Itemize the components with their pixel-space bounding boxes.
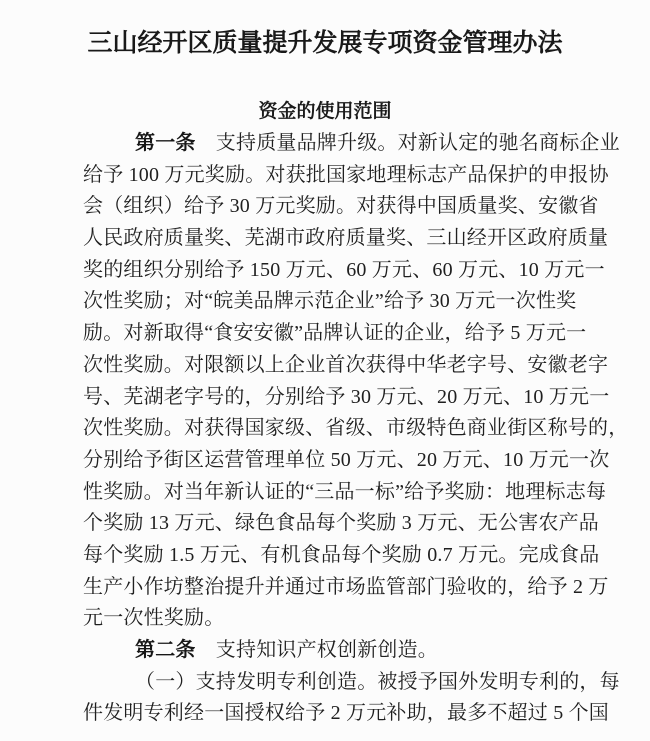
text-line: 号、芜湖老字号的，分别给予 30 万元、20 万元、10 万元一 [83,382,575,414]
text-line: 第二条 支持知识产权创新创造。 [83,635,575,667]
text-line: 件发明专利经一国授权给予 2 万元补助，最多不超过 5 个国 [83,698,575,730]
text-line: 次性奖励。对获得国家级、省级、市级特色商业街区称号的， [83,413,575,445]
text-line: 次性奖励。对限额以上企业首次获得中华老字号、安徽老字 [83,350,575,382]
document-title: 三山经开区质量提升发展专项资金管理办法 [0,29,650,58]
text-line: 每个奖励 1.5 万元、有机食品每个奖励 0.7 万元。完成食品 [83,540,575,572]
text-line: 给予 100 万元奖励。对获批国家地理标志产品保护的申报协 [83,160,575,192]
article-label: 第一条 [135,132,196,154]
text-line: 励。对新取得“食安安徽”品牌认证的企业，给予 5 万元一 [83,318,575,350]
document-page: 三山经开区质量提升发展专项资金管理办法 资金的使用范围 第一条 支持质量品牌升级… [0,0,650,741]
text-line: 次性奖励；对“皖美品牌示范企业”给予 30 万元一次性奖 [83,286,575,318]
text-line: 个奖励 13 万元、绿色食品每个奖励 3 万元、无公害农产品 [83,508,575,540]
text-line: 第一条 支持质量品牌升级。对新认定的驰名商标企业 [83,128,575,160]
text-line: 奖的组织分别给予 150 万元、60 万元、60 万元、10 万元一 [83,255,575,287]
text-line: 分别给予街区运营管理单位 50 万元、20 万元、10 万元一次 [83,445,575,477]
section-heading: 资金的使用范围 [0,100,650,123]
text-line: （一）支持发明专利创造。被授予国外发明专利的，每 [83,667,575,699]
article-label: 第二条 [135,639,196,661]
text-line: 元一次性奖励。 [83,603,575,635]
text-line: 人民政府质量奖、芜湖市政府质量奖、三山经开区政府质量 [83,223,575,255]
text-line: 会（组织）给予 30 万元奖励。对获得中国质量奖、安徽省 [83,191,575,223]
text-line: 生产小作坊整治提升并通过市场监管部门验收的，给予 2 万 [83,572,575,604]
text-line: 性奖励。对当年新认证的“三品一标”给予奖励：地理标志每 [83,477,575,509]
document-body: 第一条 支持质量品牌升级。对新认定的驰名商标企业给予 100 万元奖励。对获批国… [83,128,575,730]
